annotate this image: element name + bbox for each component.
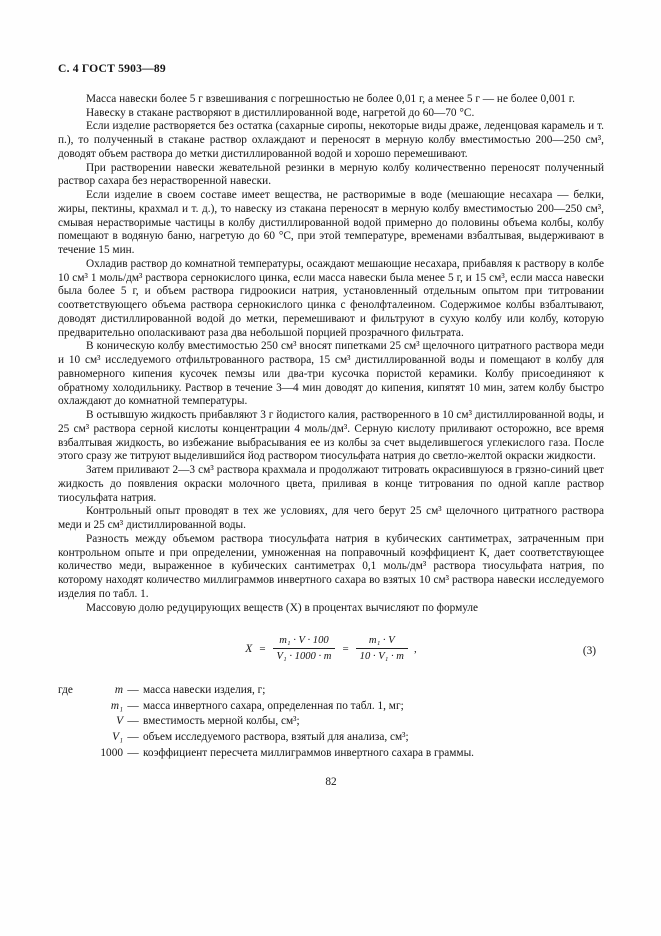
definition-term: V₁ <box>85 730 123 746</box>
body-paragraph: Затем приливают 2—3 см³ раствора крахмал… <box>58 464 604 505</box>
equals-sign: = <box>341 643 349 655</box>
definition-term: m <box>85 683 123 699</box>
fraction-numerator: m₁ · V · 100 <box>273 634 336 649</box>
definition-dash: — <box>123 714 143 730</box>
formula-fraction-1: m₁ · V · 100 V₁ · 1000 · m <box>273 634 336 663</box>
page-header: С. 4 ГОСТ 5903—89 <box>58 62 604 76</box>
formula-fraction-2: m₁ · V 10 · V₁ · m <box>356 634 408 663</box>
definition-term: V <box>85 714 123 730</box>
definition-term: m₁ <box>85 699 123 715</box>
definitions-list: где m — масса навески изделия, г; m₁ — м… <box>58 683 604 761</box>
body-paragraph: Охладив раствор до комнатной температуры… <box>58 258 604 341</box>
definitions-intro: где <box>58 683 85 699</box>
definition-text: коэффициент пересчета миллиграммов инвер… <box>143 746 604 762</box>
definition-row: V — вместимость мерной колбы, см³; <box>58 714 604 730</box>
body-paragraph: Массовую долю редуцирующих веществ (X) в… <box>58 602 604 616</box>
definition-row: 1000 — коэффициент пересчета миллиграммо… <box>58 746 604 762</box>
fraction-denominator: V₁ · 1000 · m <box>273 649 336 663</box>
fraction-numerator: m₁ · V <box>356 634 408 649</box>
definition-text: объем исследуемого раствора, взятый для … <box>143 730 604 746</box>
definition-dash: — <box>123 746 143 762</box>
body-paragraph: Если изделие растворяется без остатка (с… <box>58 120 604 161</box>
body-paragraph: Если изделие в своем составе имеет вещес… <box>58 189 604 258</box>
document-page: С. 4 ГОСТ 5903—89 Масса навески более 5 … <box>0 0 661 936</box>
definition-text: вместимость мерной колбы, см³; <box>143 714 604 730</box>
body-paragraph: Масса навески более 5 г взвешивания с по… <box>58 93 604 107</box>
body-paragraph: Навеску в стакане растворяют в дистиллир… <box>58 107 604 121</box>
definition-dash: — <box>123 699 143 715</box>
formula-number: (3) <box>583 645 596 657</box>
definition-row: m₁ — масса инвертного сахара, определенн… <box>58 699 604 715</box>
formula-comma: , <box>414 643 417 655</box>
body-paragraph: Контрольный опыт проводят в тех же услов… <box>58 505 604 533</box>
definition-term: 1000 <box>85 746 123 762</box>
formula: X = m₁ · V · 100 V₁ · 1000 · m = m₁ · V … <box>58 634 604 668</box>
document-body: Масса навески более 5 г взвешивания с по… <box>58 93 604 616</box>
definition-row: где m — масса навески изделия, г; <box>58 683 604 699</box>
body-paragraph: Разность между объемом раствора тиосульф… <box>58 533 604 602</box>
formula-lhs: X <box>245 643 252 655</box>
definition-dash: — <box>123 683 143 699</box>
formula-expression: X = m₁ · V · 100 V₁ · 1000 · m = m₁ · V … <box>245 634 416 663</box>
definition-dash: — <box>123 730 143 746</box>
fraction-denominator: 10 · V₁ · m <box>356 649 408 663</box>
definition-row: V₁ — объем исследуемого раствора, взятый… <box>58 730 604 746</box>
body-paragraph: В коническую колбу вместимостью 250 см³ … <box>58 340 604 409</box>
equals-sign: = <box>258 643 266 655</box>
definition-text: масса инвертного сахара, определенная по… <box>143 699 604 715</box>
body-paragraph: При растворении навески жевательной рези… <box>58 162 604 190</box>
definition-text: масса навески изделия, г; <box>143 683 604 699</box>
page-number: 82 <box>58 776 604 788</box>
body-paragraph: В остывшую жидкость прибавляют 3 г йодис… <box>58 409 604 464</box>
